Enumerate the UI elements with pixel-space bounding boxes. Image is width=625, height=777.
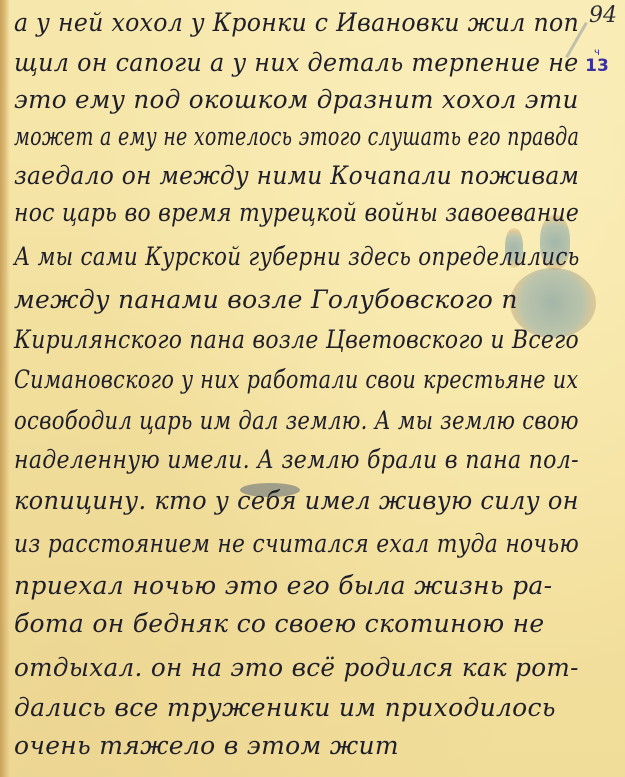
text-line: бота он бедняк со своею скотиною не [14,611,574,636]
text-line: из расстоянием не считался ехал туда ноч… [14,531,504,556]
text-line: освободил царь им дал землю. А мы землю … [14,408,488,433]
text-line: может а ему не хотелось этого слушать ег… [14,124,442,149]
text-line: между панами возле Голубовского п [14,287,574,312]
text-line: а у ней хохол у Кронки с Ивановки жил по… [14,10,544,35]
text-line: очень тяжело в этом жит [14,733,574,758]
text-line: это ему под окошком дразнит хохол эти [14,87,566,112]
text-line: Кирилянского пана возле Цветовского и Вс… [14,327,505,352]
manuscript-page: 94 ч 13 а у ней хохол у Кронки с Ивановк… [0,0,625,777]
page-number: 94 [589,3,617,28]
text-line: щил он сапоги а у них деталь терпение не [14,50,548,75]
text-line: нос царь во время турецкой войны завоева… [14,200,505,225]
text-line: дались все труженики им приходилось [14,695,574,720]
text-line: наделенную имели. А землю брали в пана п… [14,447,509,472]
text-line: отдыхал. он на это всё родился как рот- [14,655,567,680]
binding-edge [0,0,10,777]
archive-stamp: ч 13 [584,48,610,75]
text-line: копицину. кто у себя имел живую силу он [14,488,554,513]
text-line: А мы сами Курской губерни здесь определи… [14,244,495,269]
stamp-number: 13 [584,58,610,75]
text-line: заедало он между ними Кочапали поживам [14,163,537,188]
text-line: Симановского у них работали свои крестья… [14,367,480,392]
text-line: приехал ночью это его была жизнь ра- [14,573,574,598]
